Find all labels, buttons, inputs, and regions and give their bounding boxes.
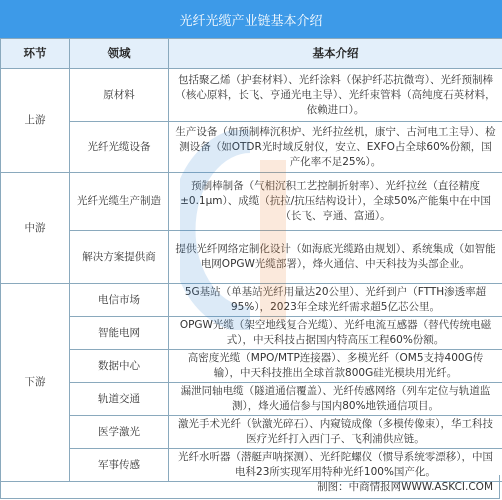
desc-cell: 5G基站（单基站光纤用量达20公里）、光纤到户（FTTH渗透率超95%），202… [169,284,502,317]
desc-cell: 包括聚乙烯（护套材料）、光纤涂料（保护纤芯抗微弯）、光纤预制棒（核心原料，长飞、… [169,69,502,122]
field-cell: 电信市场 [70,284,169,317]
header-field: 领域 [70,39,169,69]
field-cell: 智能电网 [70,317,169,350]
header-stage: 环节 [1,39,70,69]
field-cell: 原材料 [70,69,169,122]
table-row: 数据中心 高密度光缆（MPO/MTP连接器）、多模光纤（OM5支持400G传输）… [1,350,502,383]
stage-cell: 下游 [1,284,70,482]
field-cell: 轨道交通 [70,383,169,416]
stage-cell: 上游 [1,69,70,173]
desc-cell: 高密度光缆（MPO/MTP连接器）、多模光纤（OM5支持400G传输），中天科技… [169,350,502,383]
field-cell: 医学激光 [70,416,169,449]
field-cell: 数据中心 [70,350,169,383]
table-row: 智能电网 OPGW光缆（架空地线复合光缆）、光纤电流互感器（替代传统电磁式），中… [1,317,502,350]
table-row: 中游 光纤光缆生产制造 预制棒制备（气相沉积工艺控制折射率）、光纤拉丝（直径精度… [1,173,502,231]
stage-cell: 中游 [1,173,70,284]
desc-cell: 激光手术光纤（钬激光碎石）、内窥镜成像（多模传像束），华工科技医疗光纤打入西门子… [169,416,502,449]
source-footer: 制图：中商情报网WWW.ASKCI.COM [0,475,500,499]
table-row: 轨道交通 漏泄同轴电缆（隧道通信覆盖）、光纤传感网络（列车定位与轨道监测），烽火… [1,383,502,416]
table-row: 医学激光 激光手术光纤（钬激光碎石）、内窥镜成像（多模传像束），华工科技医疗光纤… [1,416,502,449]
field-cell: 解决方案提供商 [70,231,169,284]
field-cell: 光纤光缆生产制造 [70,173,169,231]
header-desc: 基本介绍 [169,39,502,69]
desc-cell: 预制棒制备（气相沉积工艺控制折射率）、光纤拉丝（直径精度±0.1μm）、成缆（抗… [169,173,502,231]
header-row: 环节 领域 基本介绍 [1,39,502,69]
table-row: 上游 原材料 包括聚乙烯（护套材料）、光纤涂料（保护纤芯抗微弯）、光纤预制棒（核… [1,69,502,122]
desc-cell: 漏泄同轴电缆（隧道通信覆盖）、光纤传感网络（列车定位与轨道监测），烽火通信参与国… [169,383,502,416]
source-credit: 制图：中商情报网WWW.ASKCI.COM [317,479,493,494]
desc-cell: OPGW光缆（架空地线复合光缆）、光纤电流互感器（替代传统电磁式），中天科技占据… [169,317,502,350]
desc-cell: 提供光纤网络定制化设计（如海底光缆路由规划）、系统集成（如智能电网OPGW光缆部… [169,231,502,284]
industry-chain-table: 环节 领域 基本介绍 上游 原材料 包括聚乙烯（护套材料）、光纤涂料（保护纤芯抗… [0,38,502,482]
field-cell: 光纤光缆设备 [70,122,169,173]
desc-cell: 生产设备（如预制棒沉积炉、光纤拉丝机，康宁、古河电工主导）、检测设备（如OTDR… [169,122,502,173]
table-title: 光纤光缆产业链基本介绍 [0,0,502,38]
table-row: 下游 电信市场 5G基站（单基站光纤用量达20公里）、光纤到户（FTTH渗透率超… [1,284,502,317]
table-row: 光纤光缆设备 生产设备（如预制棒沉积炉、光纤拉丝机，康宁、古河电工主导）、检测设… [1,122,502,173]
table-row: 解决方案提供商 提供光纤网络定制化设计（如海底光缆路由规划）、系统集成（如智能电… [1,231,502,284]
